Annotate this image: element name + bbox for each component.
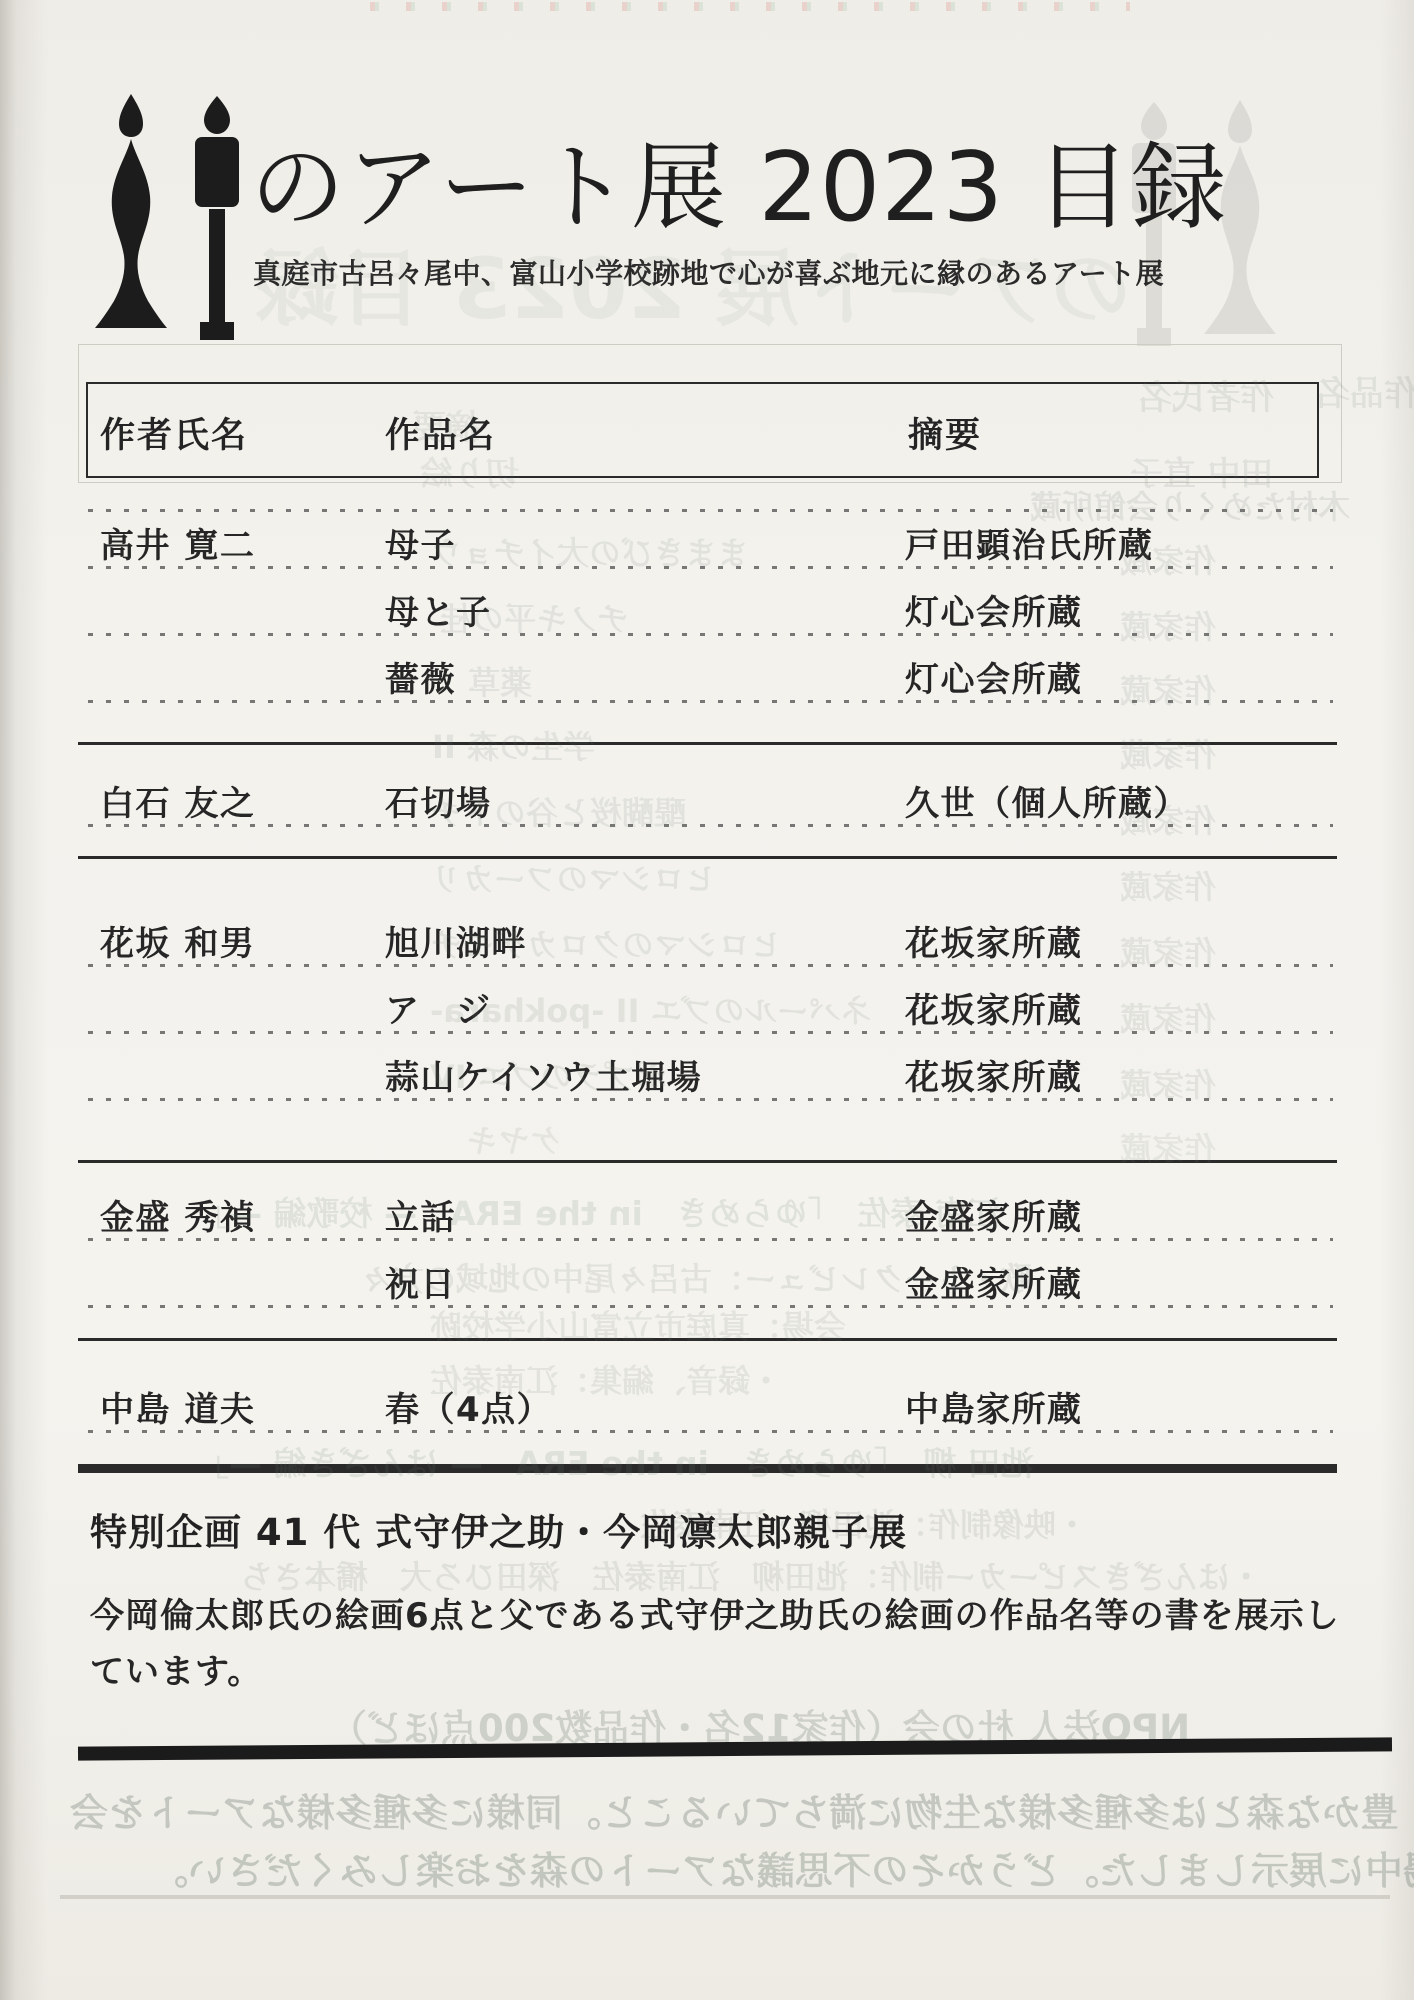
dotted-separator [88, 1238, 1333, 1241]
special-section-body-line1: 今岡倫太郎氏の絵画6点と父である式守伊之助氏の絵画の作品名等の書を展示し [90, 1588, 1340, 1637]
artist-name: 高井 寛二 [100, 518, 255, 567]
summary-text: 灯心会所蔵 [905, 585, 1083, 634]
mori-logo-icon [76, 86, 276, 346]
ghost-text: 学生の森 II [432, 722, 595, 768]
table-header-artist: 作者氏名 [100, 408, 248, 458]
ghost-text: 作家蔵 [1120, 994, 1216, 1040]
special-section-heading: 特別企画 41 代 式守伊之助・今岡凛太郎親子展 [90, 1502, 907, 1556]
ghost-text: 豊かな森とは多種多様な生物に満ちていること。同様に多種多様なアートを会 [70, 1782, 1398, 1837]
summary-text: 花坂家所蔵 [905, 1050, 1083, 1099]
summary-text: 花坂家所蔵 [905, 916, 1083, 965]
ghost-text: 作家蔵 [1120, 666, 1216, 712]
ghost-text: 薬草 [468, 658, 532, 704]
summary-text: 花坂家所蔵 [905, 983, 1083, 1032]
ghost-text: ネパールのブエ II -pokhara- [430, 986, 872, 1032]
ghost-text: 作者氏名 [1138, 370, 1274, 419]
scanned-catalog-page: のアート展 2023 目録 真庭市古呂々尾中、富山小学校跡地で心が喜ぶ地元に縁の… [0, 0, 1414, 2000]
ghost-text: 作家蔵 [1120, 536, 1216, 582]
dotted-separator [88, 1430, 1333, 1433]
ghost-text: 切り絵 [420, 448, 519, 495]
ghost-text: 摘要 [412, 400, 480, 449]
ghost-text: 江南 泰佐 「ゆらめき in the ERA — 校歌編 —」 [196, 1188, 1001, 1235]
table-header-summary: 摘要 [908, 408, 982, 458]
ghost-text: ヒロシマのフーカリ [430, 854, 716, 900]
ghost-text: 作品名 [1316, 366, 1414, 415]
ghost-text: 作家蔵 [1120, 928, 1216, 974]
work-title: 薔薇 [385, 652, 456, 701]
ghost-text: 醍醐桜と谷のトチ [430, 788, 686, 834]
scan-noise [370, 2, 1130, 11]
ghost-text: 池田 柳 「ゆらめき in the ERA — はんざき編 —」 [196, 1438, 1034, 1485]
ghost-text: 歌・トークレビュー：古呂々尾中の地域の方々 [360, 1254, 1032, 1300]
ghost-text: ポプラのブエ IV [430, 1052, 668, 1098]
artist-name: 花坂 和男 [100, 916, 255, 965]
ghost-text: 作家蔵 [1120, 602, 1216, 648]
ghost-text: ヒロシマのクロカゲモチ [430, 920, 782, 966]
summary-text: 中島家所蔵 [905, 1382, 1083, 1431]
ghost-text: ・録音、編集：江南泰佐 [430, 1356, 782, 1402]
bottom-faint-rule [60, 1895, 1390, 1899]
summary-text: 灯心会所蔵 [905, 652, 1083, 701]
ghost-text: ケヤキ [466, 1116, 561, 1162]
special-section-body-line2: ています。 [90, 1644, 262, 1693]
ghost-text: 作家蔵 [1120, 1124, 1216, 1170]
ghost-text: 木村ためくり会館所蔵 [1030, 482, 1350, 528]
ghost-text: 場中に展示しました。どうかその不思議なアートの森をお楽しみください。 [150, 1840, 1414, 1895]
ghost-text: 作家蔵 [1120, 796, 1216, 842]
ghost-text: 作家蔵 [1120, 730, 1216, 776]
ghost-text: 作家蔵 [1120, 1060, 1216, 1106]
ghost-text: 会場：真庭市立富山小学校跡 [430, 1302, 846, 1348]
ghost-text: のアート展 2023 目録 [255, 222, 1133, 343]
ghost-text: 作家蔵 [1120, 862, 1216, 908]
ghost-text: チノキ平の桂 [440, 594, 628, 640]
artist-name: 白石 友之 [100, 776, 255, 825]
ghost-text: ままきびの大イチョウ [430, 528, 749, 574]
artist-name: 中島 道夫 [100, 1382, 255, 1431]
